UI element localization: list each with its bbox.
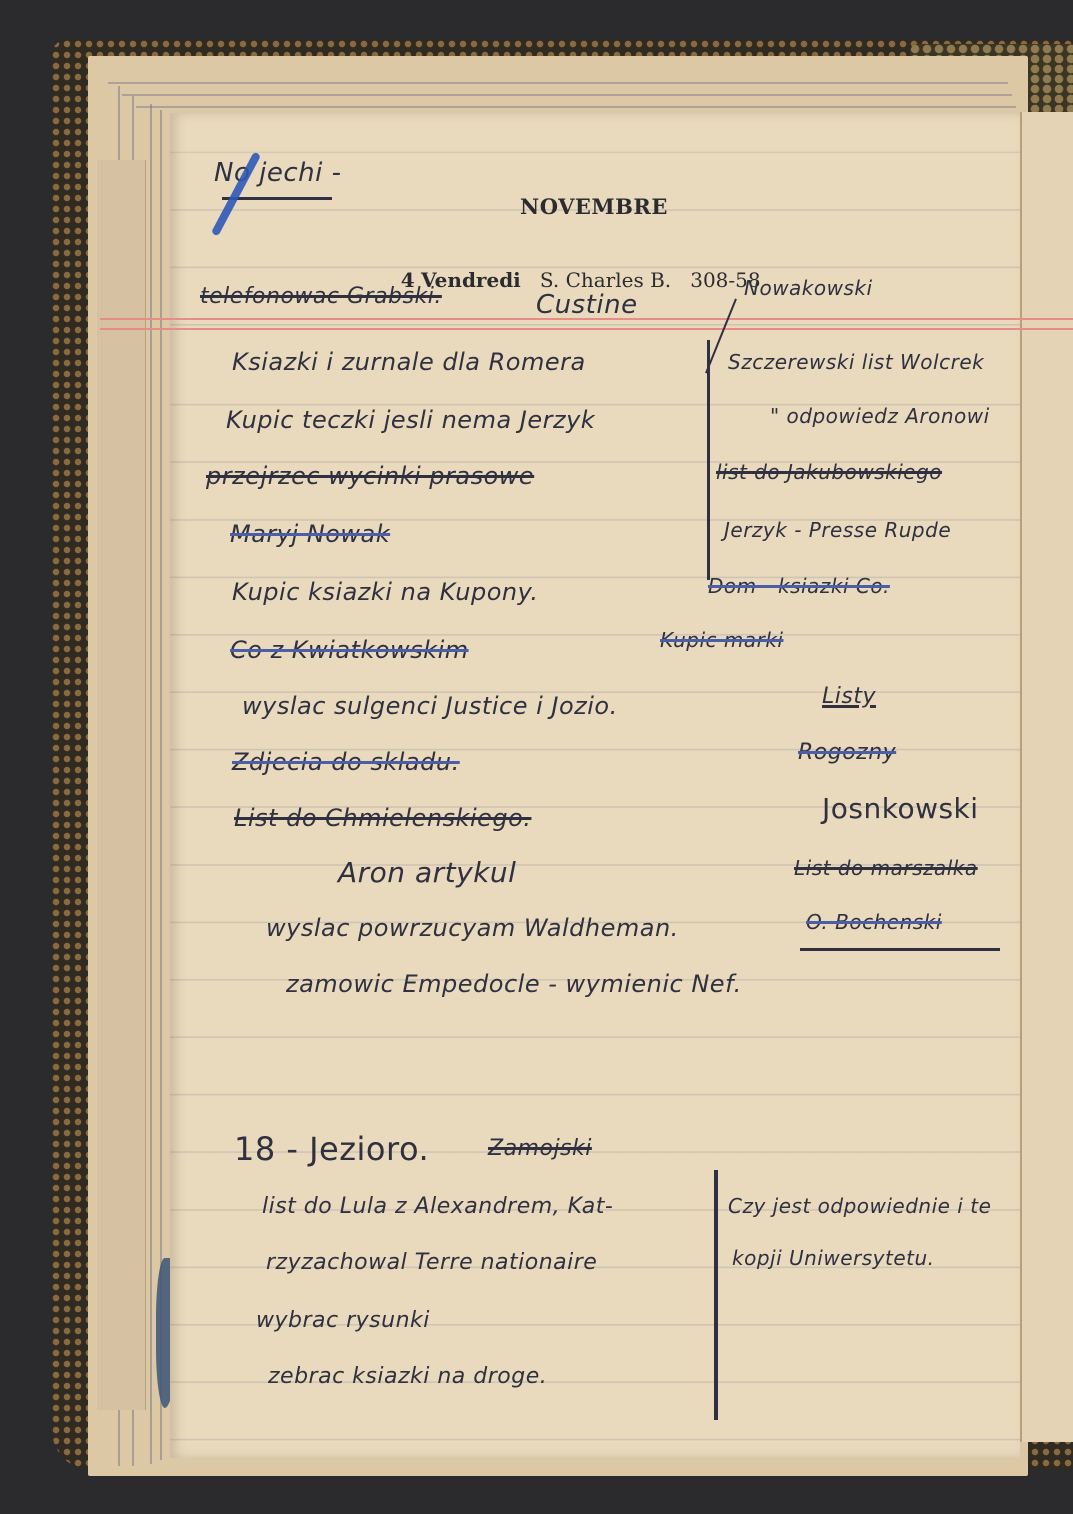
- list-item: Josnkowski: [822, 792, 979, 825]
- page-edge: [150, 104, 152, 1464]
- list-item-struck: list do Jakubowskiego: [716, 460, 942, 484]
- list-item-struck: List do Chmielenskiego.: [234, 804, 531, 832]
- list-item: Aron artykul: [338, 856, 516, 889]
- month-heading: NOVEMBRE: [520, 194, 668, 219]
- list-item-struck: List do marszalka: [794, 856, 978, 880]
- list-item: wyslac powrzucyam Waldheman.: [266, 914, 679, 942]
- list-item: Czy jest odpowiednie i te: [728, 1194, 991, 1218]
- saint-name: S. Charles B.: [540, 268, 671, 292]
- page-edge: [136, 106, 1016, 108]
- list-item-struck: Dom - ksiazki Co.: [708, 574, 890, 598]
- note-struck: telefonowac Grabski.: [200, 284, 442, 309]
- list-item-struck: Kupic marki: [660, 628, 783, 652]
- list-item: Szczerewski list Wolcrek: [728, 350, 984, 374]
- list-item-struck: przejrzec wycinki prasowe: [206, 462, 534, 490]
- note-custine: Custine: [536, 290, 638, 320]
- note-nowakowski: Nowakowski: [744, 276, 873, 300]
- list-item: Kupic teczki jesli nema Jerzyk: [226, 406, 595, 434]
- date-line: 4 Vendredi S. Charles B. 308-58: [388, 244, 761, 292]
- list-item-struck: Rogozny: [798, 740, 896, 765]
- list-item: zebrac ksiazki na droge.: [268, 1364, 547, 1389]
- list-item: " odpowiedz Aronowi: [770, 404, 990, 428]
- list-item: Jerzyk - Presse Rupde: [724, 518, 951, 542]
- section-heading-addition: Zamojski: [488, 1136, 592, 1161]
- page-edge: [160, 110, 162, 1460]
- list-item-struck: Co z Kwiatkowskim: [230, 636, 469, 664]
- list-item-struck: Maryj Nowak: [230, 520, 390, 548]
- section-underline: [800, 948, 1000, 951]
- list-item: rzyzachowal Terre nationaire: [266, 1250, 597, 1275]
- list-item: wybrac rysunki: [256, 1308, 430, 1333]
- red-margin-rule: [100, 328, 1073, 330]
- section-heading: 18 - Jezioro.: [234, 1130, 429, 1168]
- column-divider: [714, 1170, 718, 1420]
- list-item: kopji Uniwersytetu.: [732, 1246, 935, 1270]
- list-item: Kupic ksiazki na Kupony.: [232, 578, 539, 606]
- page-edge: [122, 94, 1012, 96]
- list-item: list do Lula z Alexandrem, Kat-: [262, 1194, 613, 1219]
- corner-note: No jechi -: [214, 158, 341, 188]
- list-item-struck: Zdjecia do skladu.: [232, 748, 460, 776]
- list-item-struck: O. Bochenski: [806, 910, 942, 934]
- page-edge: [108, 82, 1008, 84]
- column-divider: [707, 340, 710, 580]
- list-heading-listy: Listy: [822, 684, 876, 709]
- list-item: Ksiazki i zurnale dla Romera: [232, 348, 586, 376]
- list-item: zamowic Empedocle - wymienic Nef.: [286, 970, 742, 998]
- list-item: wyslac sulgenci Justice i Jozio.: [242, 692, 618, 720]
- next-page-edge: [1020, 112, 1073, 1442]
- page-tab-flap: [97, 160, 146, 1410]
